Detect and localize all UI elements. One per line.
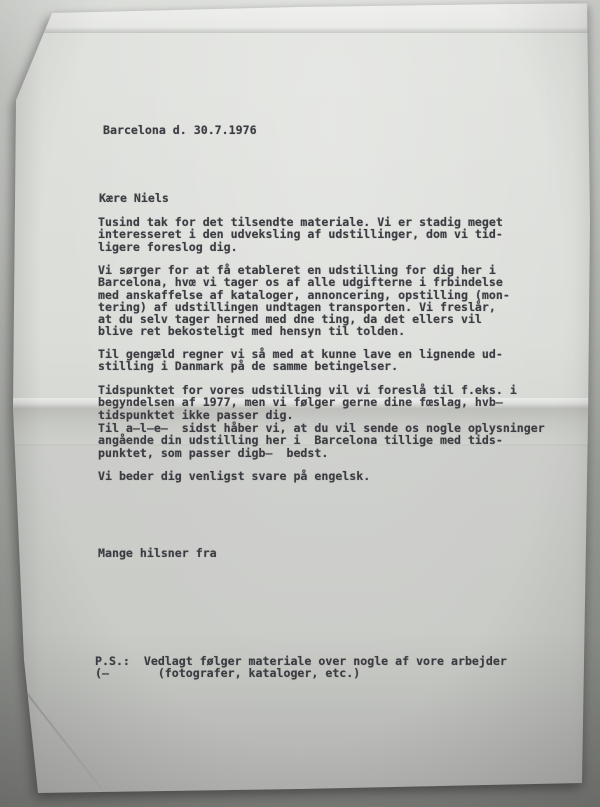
photo-background: Barcelona d. 30.7.1976 Kære Niels Tusind… [0,0,600,807]
below-fold-shading [0,444,600,807]
paper-shadow-wrap: Barcelona d. 30.7.1976 Kære Niels Tusind… [0,0,600,807]
paragraph: Til a̶l̶e̶ sidst håber vi, at du vil sen… [98,422,545,459]
date-line: Barcelona d. 30.7.1976 [103,124,257,136]
bent-corner-edge [12,11,52,101]
paragraph: Tidspunktet for vores udstilling vil vi … [98,384,517,421]
postscript: P.S.: Vedlagt følger materiale over nogl… [95,655,507,680]
paragraph: Vi beder dig venligst svare på engelsk. [98,470,370,482]
letter-paper: Barcelona d. 30.7.1976 Kære Niels Tusind… [0,0,600,807]
paragraph: Tusind tak for det tilsendte materiale. … [98,216,503,253]
closing: Mange hilsner fra [98,547,217,559]
paragraph: Vi sørger for at få etableret en udstill… [98,264,510,338]
salutation: Kære Niels [99,192,169,204]
paragraph: Til gengæld regner vi så med at kunne la… [98,348,503,373]
top-fold-crease [0,4,600,33]
